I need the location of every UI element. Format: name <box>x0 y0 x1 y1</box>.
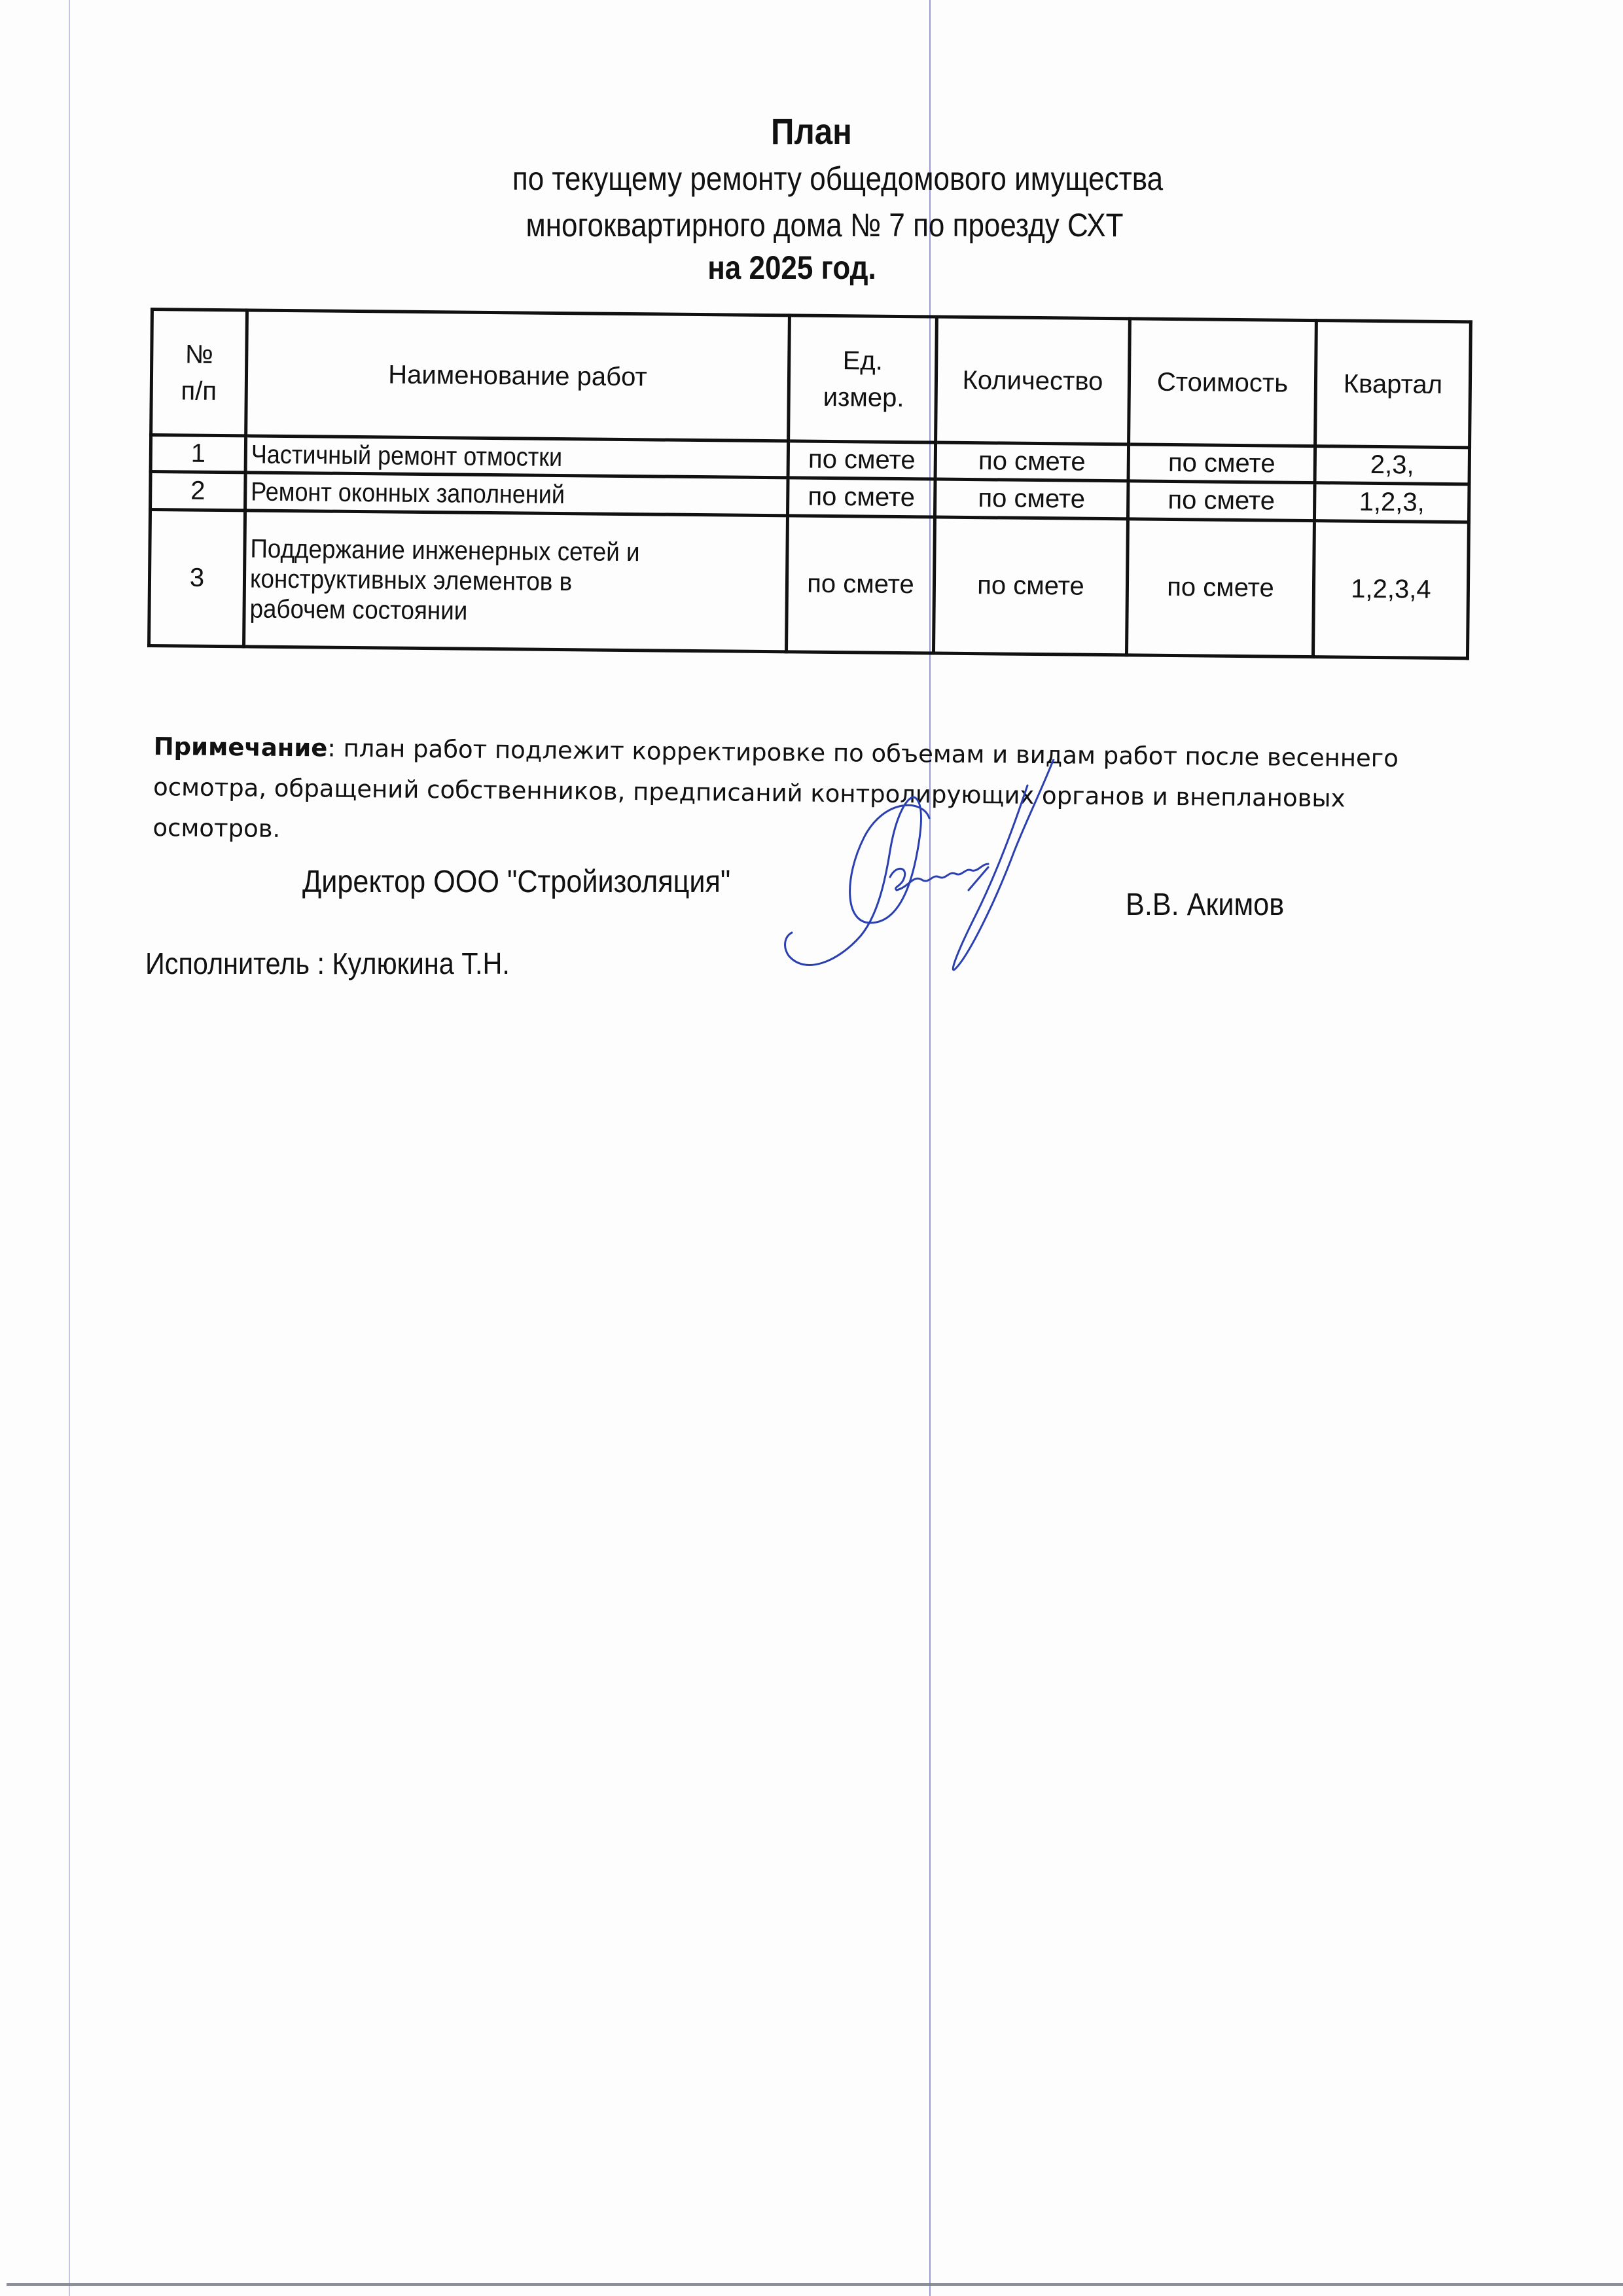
header-quarter: Квартал <box>1315 321 1471 448</box>
row-name: Поддержание инженерных сетей и конструкт… <box>244 511 788 652</box>
document-year: на 2025 год. <box>78 249 1506 287</box>
row-num: 1 <box>151 435 246 473</box>
header-num: № п/п <box>151 310 247 436</box>
row-cost: по смете <box>1126 519 1314 657</box>
row-name: Частичный ремонт отмостки <box>245 436 788 478</box>
handwritten-signature-icon <box>713 759 1171 995</box>
row-num: 2 <box>151 472 246 511</box>
header-qty: Количество <box>936 317 1130 444</box>
row-name: Ремонт оконных заполнений <box>245 473 789 516</box>
row-name-text: Частичный ремонт отмостки <box>251 439 563 473</box>
scan-page-edge <box>7 2283 1623 2286</box>
header-name: Наименование работ <box>246 310 790 441</box>
header-num-label: № п/п <box>173 336 226 410</box>
row-quarter: 1,2,3,4 <box>1313 521 1469 658</box>
row-cost: по смете <box>1128 481 1315 521</box>
scan-artifact-line-left <box>69 0 70 2296</box>
document-title: План <box>98 110 1525 152</box>
note-label: Примечание <box>154 732 328 762</box>
row-num: 3 <box>149 510 245 647</box>
row-qty: по смете <box>935 479 1128 519</box>
row-qty: по смете <box>933 517 1128 655</box>
header-unit: Ед. измер. <box>789 315 937 442</box>
document-subtitle-line-2: многоквартирного дома № 7 по проезду СХТ <box>111 206 1539 244</box>
row-quarter: 1,2,3, <box>1314 483 1469 522</box>
director-title: Директор ООО "Стройизоляция" <box>302 864 730 900</box>
works-plan-table: № п/п Наименование работ Ед. измер. Коли… <box>147 308 1472 660</box>
table-header-row: № п/п Наименование работ Ед. измер. Коли… <box>151 310 1471 448</box>
row-unit: по смете <box>787 478 935 517</box>
row-unit: по смете <box>788 441 936 479</box>
row-quarter: 2,3, <box>1315 446 1470 484</box>
row-name-text: Ремонт оконных заполнений <box>251 476 565 510</box>
document-subtitle-line-1: по текущему ремонту общедомового имущест… <box>124 160 1552 198</box>
header-unit-label: Ед. измер. <box>823 342 902 416</box>
executor-line: Исполнитель : Кулюкина Т.Н. <box>145 946 510 981</box>
row-cost: по смете <box>1128 444 1315 483</box>
row-name-text: Поддержание инженерных сетей и конструкт… <box>249 533 666 628</box>
table-row: 3 Поддержание инженерных сетей и констру… <box>149 510 1469 658</box>
row-qty: по смете <box>935 442 1129 481</box>
row-unit: по смете <box>786 516 935 653</box>
header-cost: Стоимость <box>1129 319 1317 446</box>
